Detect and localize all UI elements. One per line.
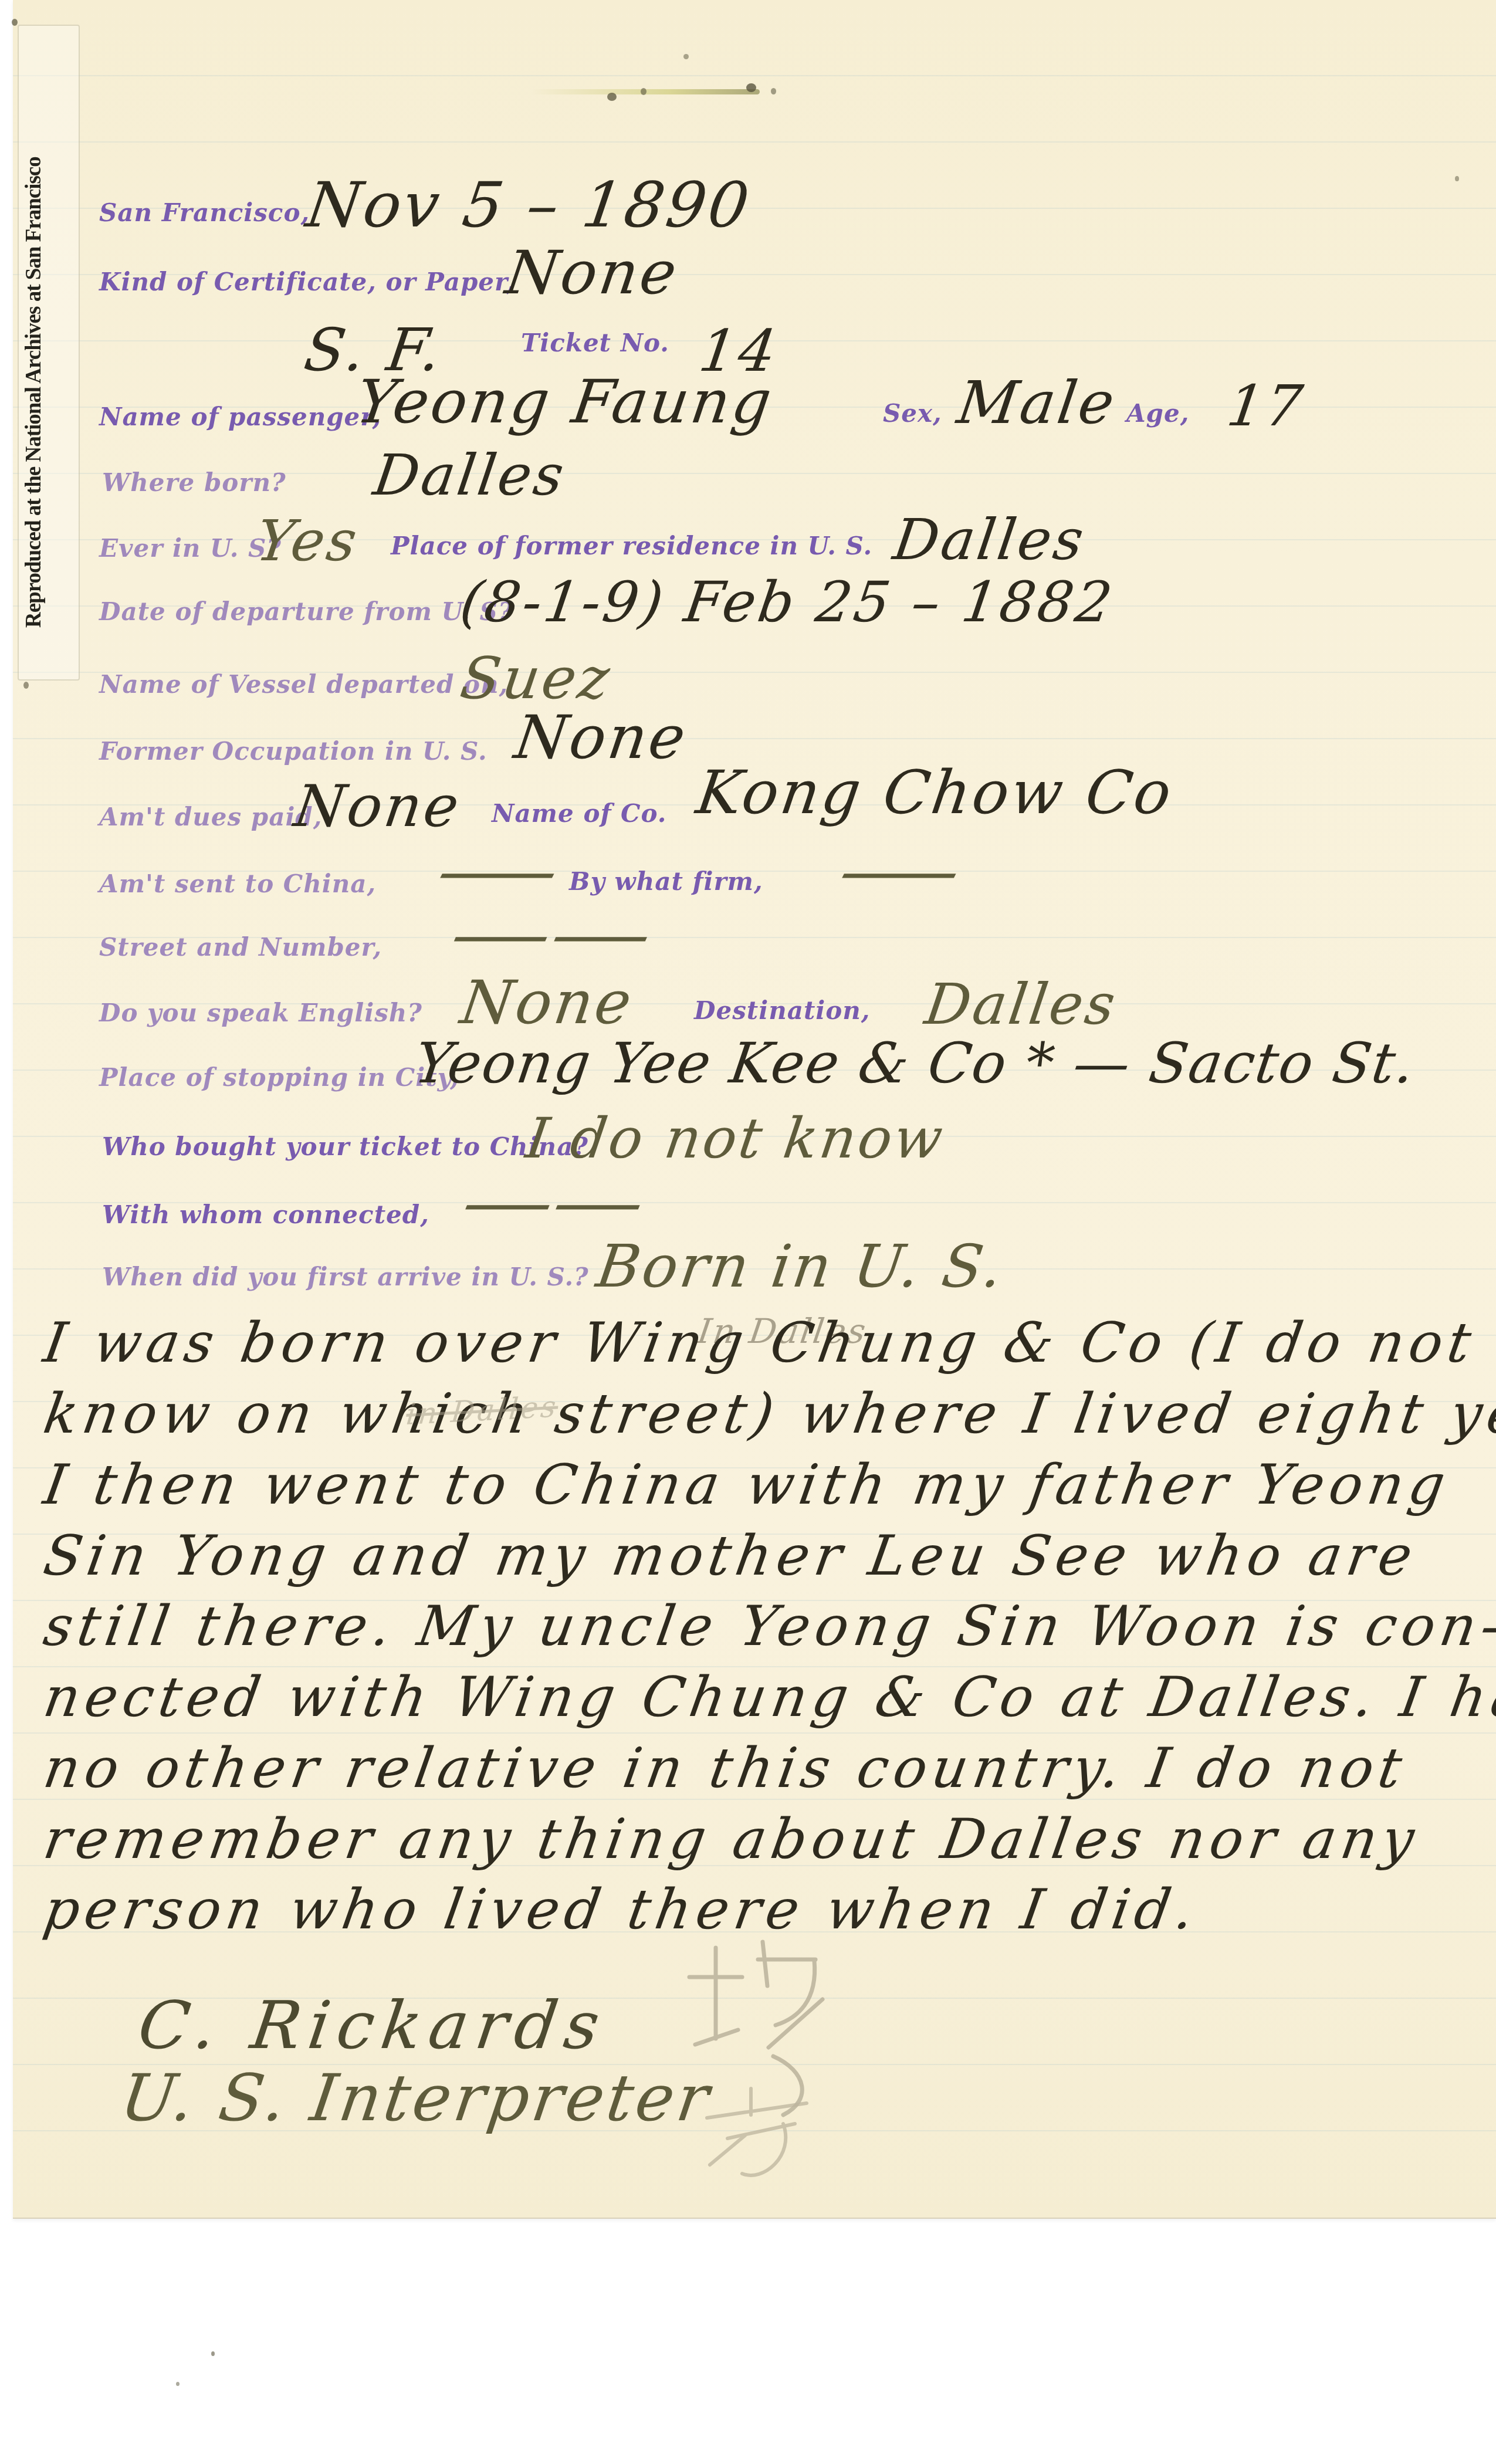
form-value-speak-english: None bbox=[456, 968, 638, 1038]
blank-dash-mark: —— bbox=[446, 896, 656, 972]
archive-reproduction-label: Reproduced at the National Archives at S… bbox=[21, 100, 66, 628]
ink-speck bbox=[771, 88, 776, 94]
ink-speck bbox=[1455, 176, 1459, 181]
form-label-former-residence: Place of former residence in U. S. bbox=[391, 532, 872, 560]
statement-line: still there. My uncle Yeong Sin Woon is … bbox=[39, 1595, 1496, 1659]
form-label-street-number: Street and Number, bbox=[99, 933, 382, 962]
form-label-dues-paid: Am't dues paid, bbox=[99, 803, 322, 831]
ink-speck bbox=[641, 88, 647, 95]
pencil-dot bbox=[211, 2351, 215, 2356]
form-label-by-what-firm: By what firm, bbox=[569, 867, 763, 896]
form-label-sent-to-china: Am't sent to China, bbox=[99, 869, 376, 898]
ink-speck bbox=[683, 54, 689, 59]
statement-line: remember any thing about Dalles nor any bbox=[39, 1808, 1424, 1871]
statement-line: nected with Wing Chung & Co at Dalles. I… bbox=[39, 1666, 1496, 1729]
form-value-date: Nov 5 – 1890 bbox=[302, 169, 756, 241]
form-label-city: San Francisco, bbox=[99, 198, 310, 227]
blank-dash-mark: — bbox=[833, 833, 971, 908]
statement-line: Sin Yong and my mother Leu See who are bbox=[39, 1524, 1422, 1588]
form-value-where-born: Dalles bbox=[370, 442, 570, 508]
form-label-where-born: Where born? bbox=[102, 468, 286, 497]
form-label-ticket-no: Ticket No. bbox=[521, 329, 669, 357]
form-label-certificate: Kind of Certificate, or Paper, bbox=[99, 268, 516, 296]
form-label-vessel: Name of Vessel departed on, bbox=[99, 670, 508, 699]
form-value-company: Kong Chow Co bbox=[692, 758, 1177, 828]
form-label-passenger: Name of passenger, bbox=[99, 402, 381, 431]
statement-line: I was born over Wing Chung & Co (I do no… bbox=[39, 1311, 1481, 1375]
form-label-departure-date: Date of departure from U. S? bbox=[99, 597, 513, 626]
form-value-destination: Dalles bbox=[921, 972, 1121, 1037]
form-label-age: Age, bbox=[1126, 399, 1189, 428]
form-label-connected-with: With whom connected, bbox=[102, 1200, 429, 1229]
form-value-age: 17 bbox=[1223, 373, 1309, 439]
ink-speck bbox=[12, 19, 18, 26]
form-value-sex: Male bbox=[953, 368, 1121, 437]
form-value-dues-paid: None bbox=[290, 773, 465, 840]
form-value-stopping-place: Yeong Yee Kee & Co * — Sacto St. bbox=[411, 1031, 1419, 1096]
statement-line: know on which street) where I lived eigh… bbox=[39, 1382, 1496, 1446]
ink-speck bbox=[746, 83, 756, 92]
form-value-departure-date: (8-1-9) Feb 25 – 1882 bbox=[456, 570, 1118, 635]
form-label-speak-english: Do you speak English? bbox=[99, 999, 422, 1027]
form-value-ticket-buyer: I do not know bbox=[522, 1106, 949, 1171]
chinese-character-annotation bbox=[675, 1930, 839, 2200]
interpreter-title: U. S. Interpreter bbox=[116, 2060, 716, 2135]
form-value-former-occupation: None bbox=[510, 703, 692, 773]
form-value-passenger-name: Yeong Faung bbox=[352, 367, 778, 437]
form-value-certificate: None bbox=[502, 238, 683, 308]
form-label-stopping-place: Place of stopping in City, bbox=[99, 1063, 459, 1092]
form-label-company: Name of Co. bbox=[492, 799, 666, 828]
form-value-first-arrival: Born in U. S. bbox=[593, 1232, 1009, 1301]
form-label-ticket-buyer: Who bought your ticket to China? bbox=[102, 1132, 588, 1161]
form-value-vessel: Suez bbox=[456, 645, 616, 712]
form-label-first-arrival: When did you first arrive in U. S.? bbox=[102, 1263, 589, 1291]
statement-line: person who lived there when I did. bbox=[39, 1878, 1203, 1942]
form-label-destination: Destination, bbox=[694, 996, 870, 1025]
ink-speck bbox=[607, 93, 617, 101]
form-value-former-residence: Dalles bbox=[889, 507, 1089, 573]
interpreter-signature: C. Rickards bbox=[134, 1988, 611, 2064]
blank-dash-mark: —— bbox=[458, 1165, 649, 1240]
statement-line: no other relative in this country. I do … bbox=[39, 1737, 1412, 1800]
form-label-former-occupation: Former Occupation in U. S. bbox=[99, 737, 488, 766]
form-label-sex: Sex, bbox=[883, 399, 942, 428]
form-value-ever-in-us: Yes bbox=[252, 508, 363, 574]
ink-speck bbox=[23, 682, 29, 689]
pencil-dot bbox=[176, 2382, 180, 2386]
statement-line: I then went to China with my father Yeon… bbox=[39, 1453, 1454, 1517]
